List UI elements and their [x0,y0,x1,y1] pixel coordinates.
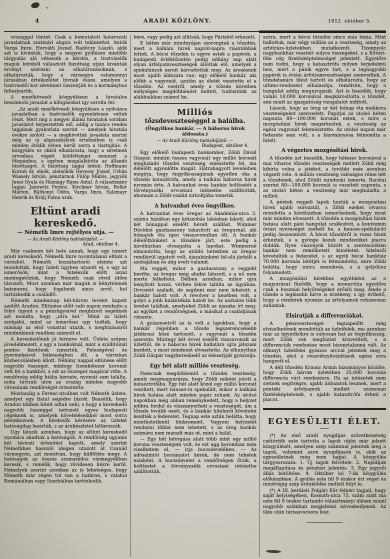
ink-speck [46,7,48,9]
header-rule [4,31,386,34]
section-paragraph: Ma reggel, mikor a gazdasszony a reggeli… [134,266,257,320]
section-paragraph: A péntek reggeli lapok hozták a mozgósít… [263,200,386,276]
article-byline: — Az Aradi Közlöny tudósitójától. — [134,138,257,143]
continuation-paragraph: Lássuk, hogy az öreg ur két hónap óta me… [263,106,386,144]
article-lead-paragraph: Egy előkelő budapesti bankember, Zöldi D… [134,151,257,200]
section-paragraph: A hatvanhat éves öregur az Akadémia-utca… [134,212,257,266]
section-subhead-mobilization-news: A végzetes mozgósitási hirek. [263,148,386,154]
article-paragraph: Már csaknem két hete annak, hogy egy ism… [4,249,127,298]
section-paragraph: A mozgósitási hirekhez egyébként az a ma… [263,276,386,308]
section-subhead-weekly-loss: Egy hét alatt milliós veszteség. [134,363,257,369]
section-subhead-differences: Elsiratják a differenciákat. [263,313,386,319]
continuation-paragraph: E héten már mindnyájan szorongtak a tőzs… [134,41,257,100]
continuation-paragraph: szóra, mert a bécsi tőzsdén sincs más té… [263,35,386,105]
article-subhead: — Németh Imre rejtélyes utja. — [4,230,127,236]
article-headline-millions: Milliós [134,108,257,118]
section-subhead-suicide: A hatvanhat éves öngyilkos. [134,203,257,209]
section-paragraph: A déli tőzsdén Krausz Ármin bizományos k… [263,365,386,403]
section-paragraph: Nemcsak megdöbbentő a tőzsdei veszteség,… [134,371,257,436]
society-section-rule [263,408,386,410]
section-paragraph: A tőzsdén azt beszélik, hogy hétezer kor… [263,156,386,199]
continuation-paragraph: országgal tüntet. Csak a bemutatott hatá… [4,35,127,94]
end-of-section-rule [307,522,343,523]
article-paragraph: Mostanáig a Ferenc-utcában volt Németh ü… [4,392,127,430]
masthead: ARADI KÖZLÖNY. [66,17,289,24]
column-container: országgal tüntet. Csak a bemutatott hatá… [4,35,386,557]
section-paragraph: A pénzveszteséget tegnapelőtt még elvise… [263,321,386,364]
header-rule-heavy-segment [259,31,386,33]
page-number: 4 [6,17,66,24]
page-header: 4 ARADI KÖZLÖNY. 1912. október 5. [6,17,384,29]
article-paragraph: A kereskedőnek jó hirneve volt. Üzlete s… [4,337,127,391]
article-headline-missing-merchant: Eltünt aradi kereskedő. [4,205,127,229]
article-headline-line2: tőzsdeveszteséggel a halálba. [134,118,257,125]
column-left: országgal tüntet. Csak a bemutatott hatá… [4,35,127,557]
society-headline-dash [320,428,329,429]
continuation-paragraph: A mezőkövesdi közgyülésen a hivatalos be… [4,95,127,106]
column-right: szóra, mert a bécsi tőzsdén sincs más té… [260,35,387,557]
article-paragraph: Ugy látszik azonban, hogy az eltünt kere… [4,430,127,484]
issue-date: 1912. október 5. [289,19,384,25]
article-dateline: Arad, október 4. [4,242,127,247]
quoted-resolution: „Az aradi mezőkövesdi közgyülésen a nyil… [12,107,127,201]
society-section-headline: EGYESÜLETI ÉLET. [263,416,386,426]
section-paragraph: A gyászesetről az is volt a lapokban, ho… [134,321,257,359]
article-paragraph: Németh mindennap két-három levelet kapot… [4,298,127,336]
article-dateline: Budapest, október 4. [134,144,257,149]
newspaper-page: 4 ARADI KÖZLÖNY. 1912. október 5. ország… [0,0,390,559]
society-item: (*) Az első aradi nyugdijas szövetkezets… [263,434,386,488]
newspaper-scan: 4 ARADI KÖZLÖNY. 1912. október 5. ország… [0,0,390,559]
article-byline: — Az Aradi Közlöny tudósitójától. — [4,237,127,242]
column-middle: bére, vagy pedig azt állitsák, hogy Pári… [130,35,257,557]
ink-smudge-top [31,2,40,9]
society-item: (*) A III. kerületi Polgári Kör felkéri … [263,488,386,515]
article-top-rule [134,103,257,104]
section-paragraph: — Egy hét leforgása alatt több mint egy … [134,437,257,475]
article-subhead: (Öngyilkos bankár. — A háborus hirek áld… [139,126,252,137]
